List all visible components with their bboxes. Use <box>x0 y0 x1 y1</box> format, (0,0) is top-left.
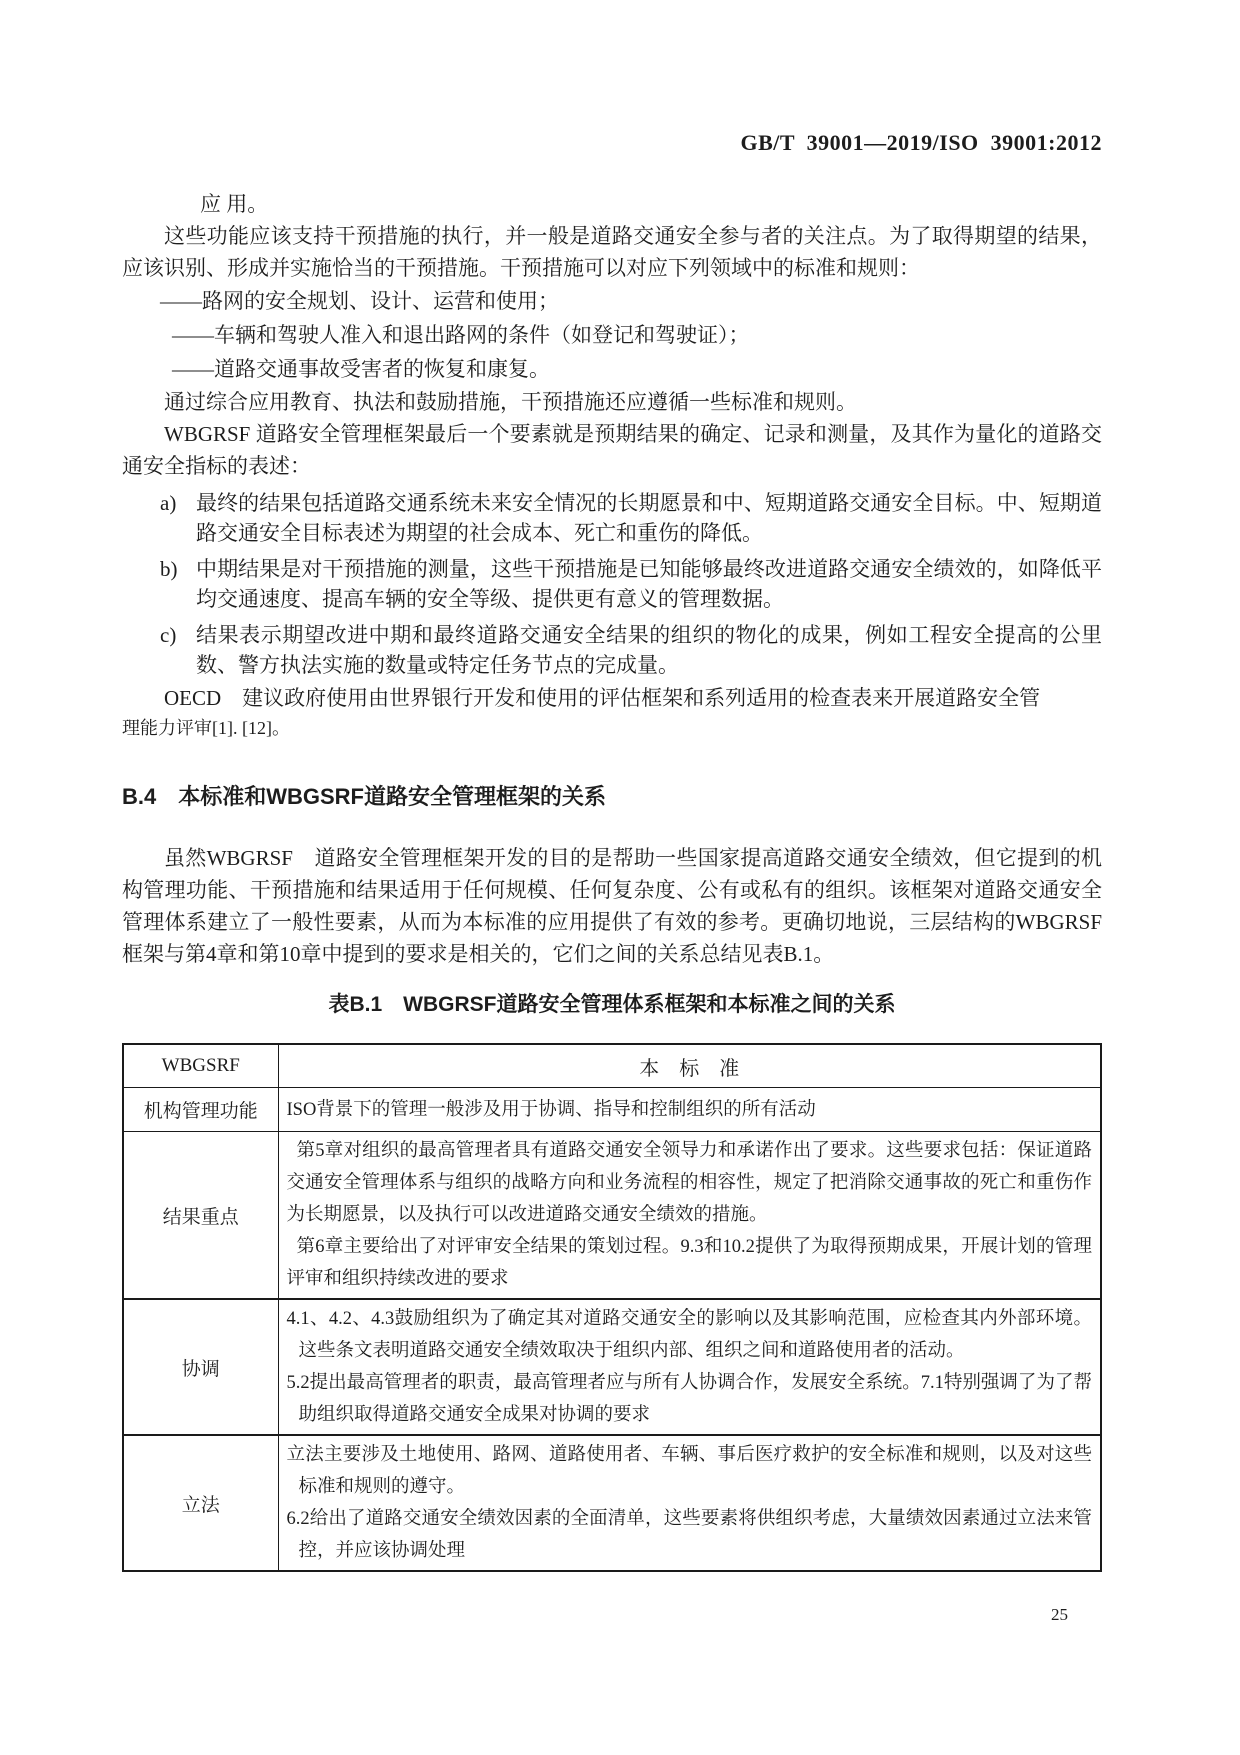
page-content: GB/T 39001—2019/ISO 39001:2012 应 用。 这些功能… <box>122 0 1102 1572</box>
table-b1: WBGSRF 本 标 准 机构管理功能 ISO背景下的管理一般涉及用于协调、指导… <box>122 1043 1102 1572</box>
dash-list-item: ——路网的安全规划、设计、运营和使用； <box>122 285 1102 318</box>
list-item: c) 结果表示期望改进中期和最终道路交通安全结果的组织的物化的成果，例如工程安全… <box>122 620 1102 680</box>
paragraph-oecd-line2: 理能力评审[1]. [12]。 <box>122 714 1102 742</box>
table-row-content: 第5章对组织的最高管理者具有道路交通安全领导力和承诺作出了要求。这些要求包括：保… <box>278 1132 1101 1300</box>
table-row-label: 立法 <box>123 1435 278 1571</box>
document-page: GB/T 39001—2019/ISO 39001:2012 应 用。 这些功能… <box>0 0 1240 1755</box>
carryover-line: 应 用。 <box>122 188 1102 220</box>
paragraph-oecd-line1: OECD 建议政府使用由世界银行开发和使用的评估框架和系列适用的检查表来开展道路… <box>122 682 1102 714</box>
list-item: a) 最终的结果包括道路交通系统未来安全情况的长期愿景和中、短期道路交通安全目标… <box>122 488 1102 548</box>
table-row-content: ISO背景下的管理一般涉及用于协调、指导和控制组织的所有活动 <box>278 1088 1101 1132</box>
table-row: 协调 4.1、4.2、4.3鼓励组织为了确定其对道路交通安全的影响以及其影响范围… <box>123 1299 1101 1435</box>
table-col-header-wbgsrf: WBGSRF <box>123 1044 278 1088</box>
paragraph-intervention: 这些功能应该支持干预措施的执行，并一般是道路交通安全参与者的关注点。为了取得期望… <box>122 220 1102 284</box>
section-heading-b4: B.4 本标准和WBGSRF道路安全管理框架的关系 <box>122 782 1102 812</box>
list-marker: a) <box>122 488 196 548</box>
page-number: 25 <box>1051 1602 1068 1628</box>
list-item: b) 中期结果是对干预措施的测量，这些干预措施是已知能够最终改进道路交通安全绩效… <box>122 554 1102 614</box>
table-row-content: 立法主要涉及土地使用、路网、道路使用者、车辆、事后医疗救护的安全标准和规则，以及… <box>278 1435 1101 1571</box>
list-item-text: 结果表示期望改进中期和最终道路交通安全结果的组织的物化的成果，例如工程安全提高的… <box>196 620 1102 680</box>
table-cell-paragraph: 第5章对组织的最高管理者具有道路交通安全领导力和承诺作出了要求。这些要求包括：保… <box>287 1135 1093 1231</box>
table-row: 立法 立法主要涉及土地使用、路网、道路使用者、车辆、事后医疗救护的安全标准和规则… <box>123 1435 1101 1571</box>
table-cell-paragraph: 第6章主要给出了对评审安全结果的策划过程。9.3和10.2提供了为取得预期成果，… <box>287 1231 1093 1295</box>
table-caption: 表B.1 WBGRSF道路安全管理体系框架和本标准之间的关系 <box>122 990 1102 1020</box>
table-row-content: 4.1、4.2、4.3鼓励组织为了确定其对道路交通安全的影响以及其影响范围，应检… <box>278 1299 1101 1435</box>
table-cell-paragraph: 6.2给出了道路交通安全绩效因素的全面清单，这些要素将供组织考虑，大量绩效因素通… <box>287 1503 1093 1567</box>
paragraph-wbgrsf-elements: WBGRSF 道路安全管理框架最后一个要素就是预期结果的确定、记录和测量，及其作… <box>122 418 1102 482</box>
list-item-text: 最终的结果包括道路交通系统未来安全情况的长期愿景和中、短期道路交通安全目标。中、… <box>196 488 1102 548</box>
table-col-header-standard: 本 标 准 <box>278 1044 1101 1088</box>
dash-list-item: ——车辆和驾驶人准入和退出路网的条件（如登记和驾驶证）； <box>122 319 1102 352</box>
paragraph-b4: 虽然WBGRSF 道路安全管理框架开发的目的是帮助一些国家提高道路交通安全绩效，… <box>122 842 1102 970</box>
table-header-row: WBGSRF 本 标 准 <box>123 1044 1101 1088</box>
list-item-text: 中期结果是对干预措施的测量，这些干预措施是已知能够最终改进道路交通安全绩效的，如… <box>196 554 1102 614</box>
table-cell-paragraph: 4.1、4.2、4.3鼓励组织为了确定其对道路交通安全的影响以及其影响范围，应检… <box>287 1303 1093 1367</box>
table-cell-paragraph: 立法主要涉及土地使用、路网、道路使用者、车辆、事后医疗救护的安全标准和规则，以及… <box>287 1439 1093 1503</box>
table-cell-paragraph: 5.2提出最高管理者的职责，最高管理者应与所有人协调合作，发展安全系统。7.1特… <box>287 1367 1093 1431</box>
dash-list-item: ——道路交通事故受害者的恢复和康复。 <box>122 353 1102 386</box>
table-row: 机构管理功能 ISO背景下的管理一般涉及用于协调、指导和控制组织的所有活动 <box>123 1088 1101 1132</box>
paragraph-education: 通过综合应用教育、执法和鼓励措施，干预措施还应遵循一些标准和规则。 <box>122 386 1102 418</box>
standard-number-header: GB/T 39001—2019/ISO 39001:2012 <box>122 128 1102 158</box>
list-marker: b) <box>122 554 196 614</box>
table-row-label: 协调 <box>123 1299 278 1435</box>
table-row: 结果重点 第5章对组织的最高管理者具有道路交通安全领导力和承诺作出了要求。这些要… <box>123 1132 1101 1300</box>
list-marker: c) <box>122 620 196 680</box>
table-row-label: 机构管理功能 <box>123 1088 278 1132</box>
table-cell-paragraph: ISO背景下的管理一般涉及用于协调、指导和控制组织的所有活动 <box>287 1094 1093 1126</box>
table-row-label: 结果重点 <box>123 1132 278 1300</box>
